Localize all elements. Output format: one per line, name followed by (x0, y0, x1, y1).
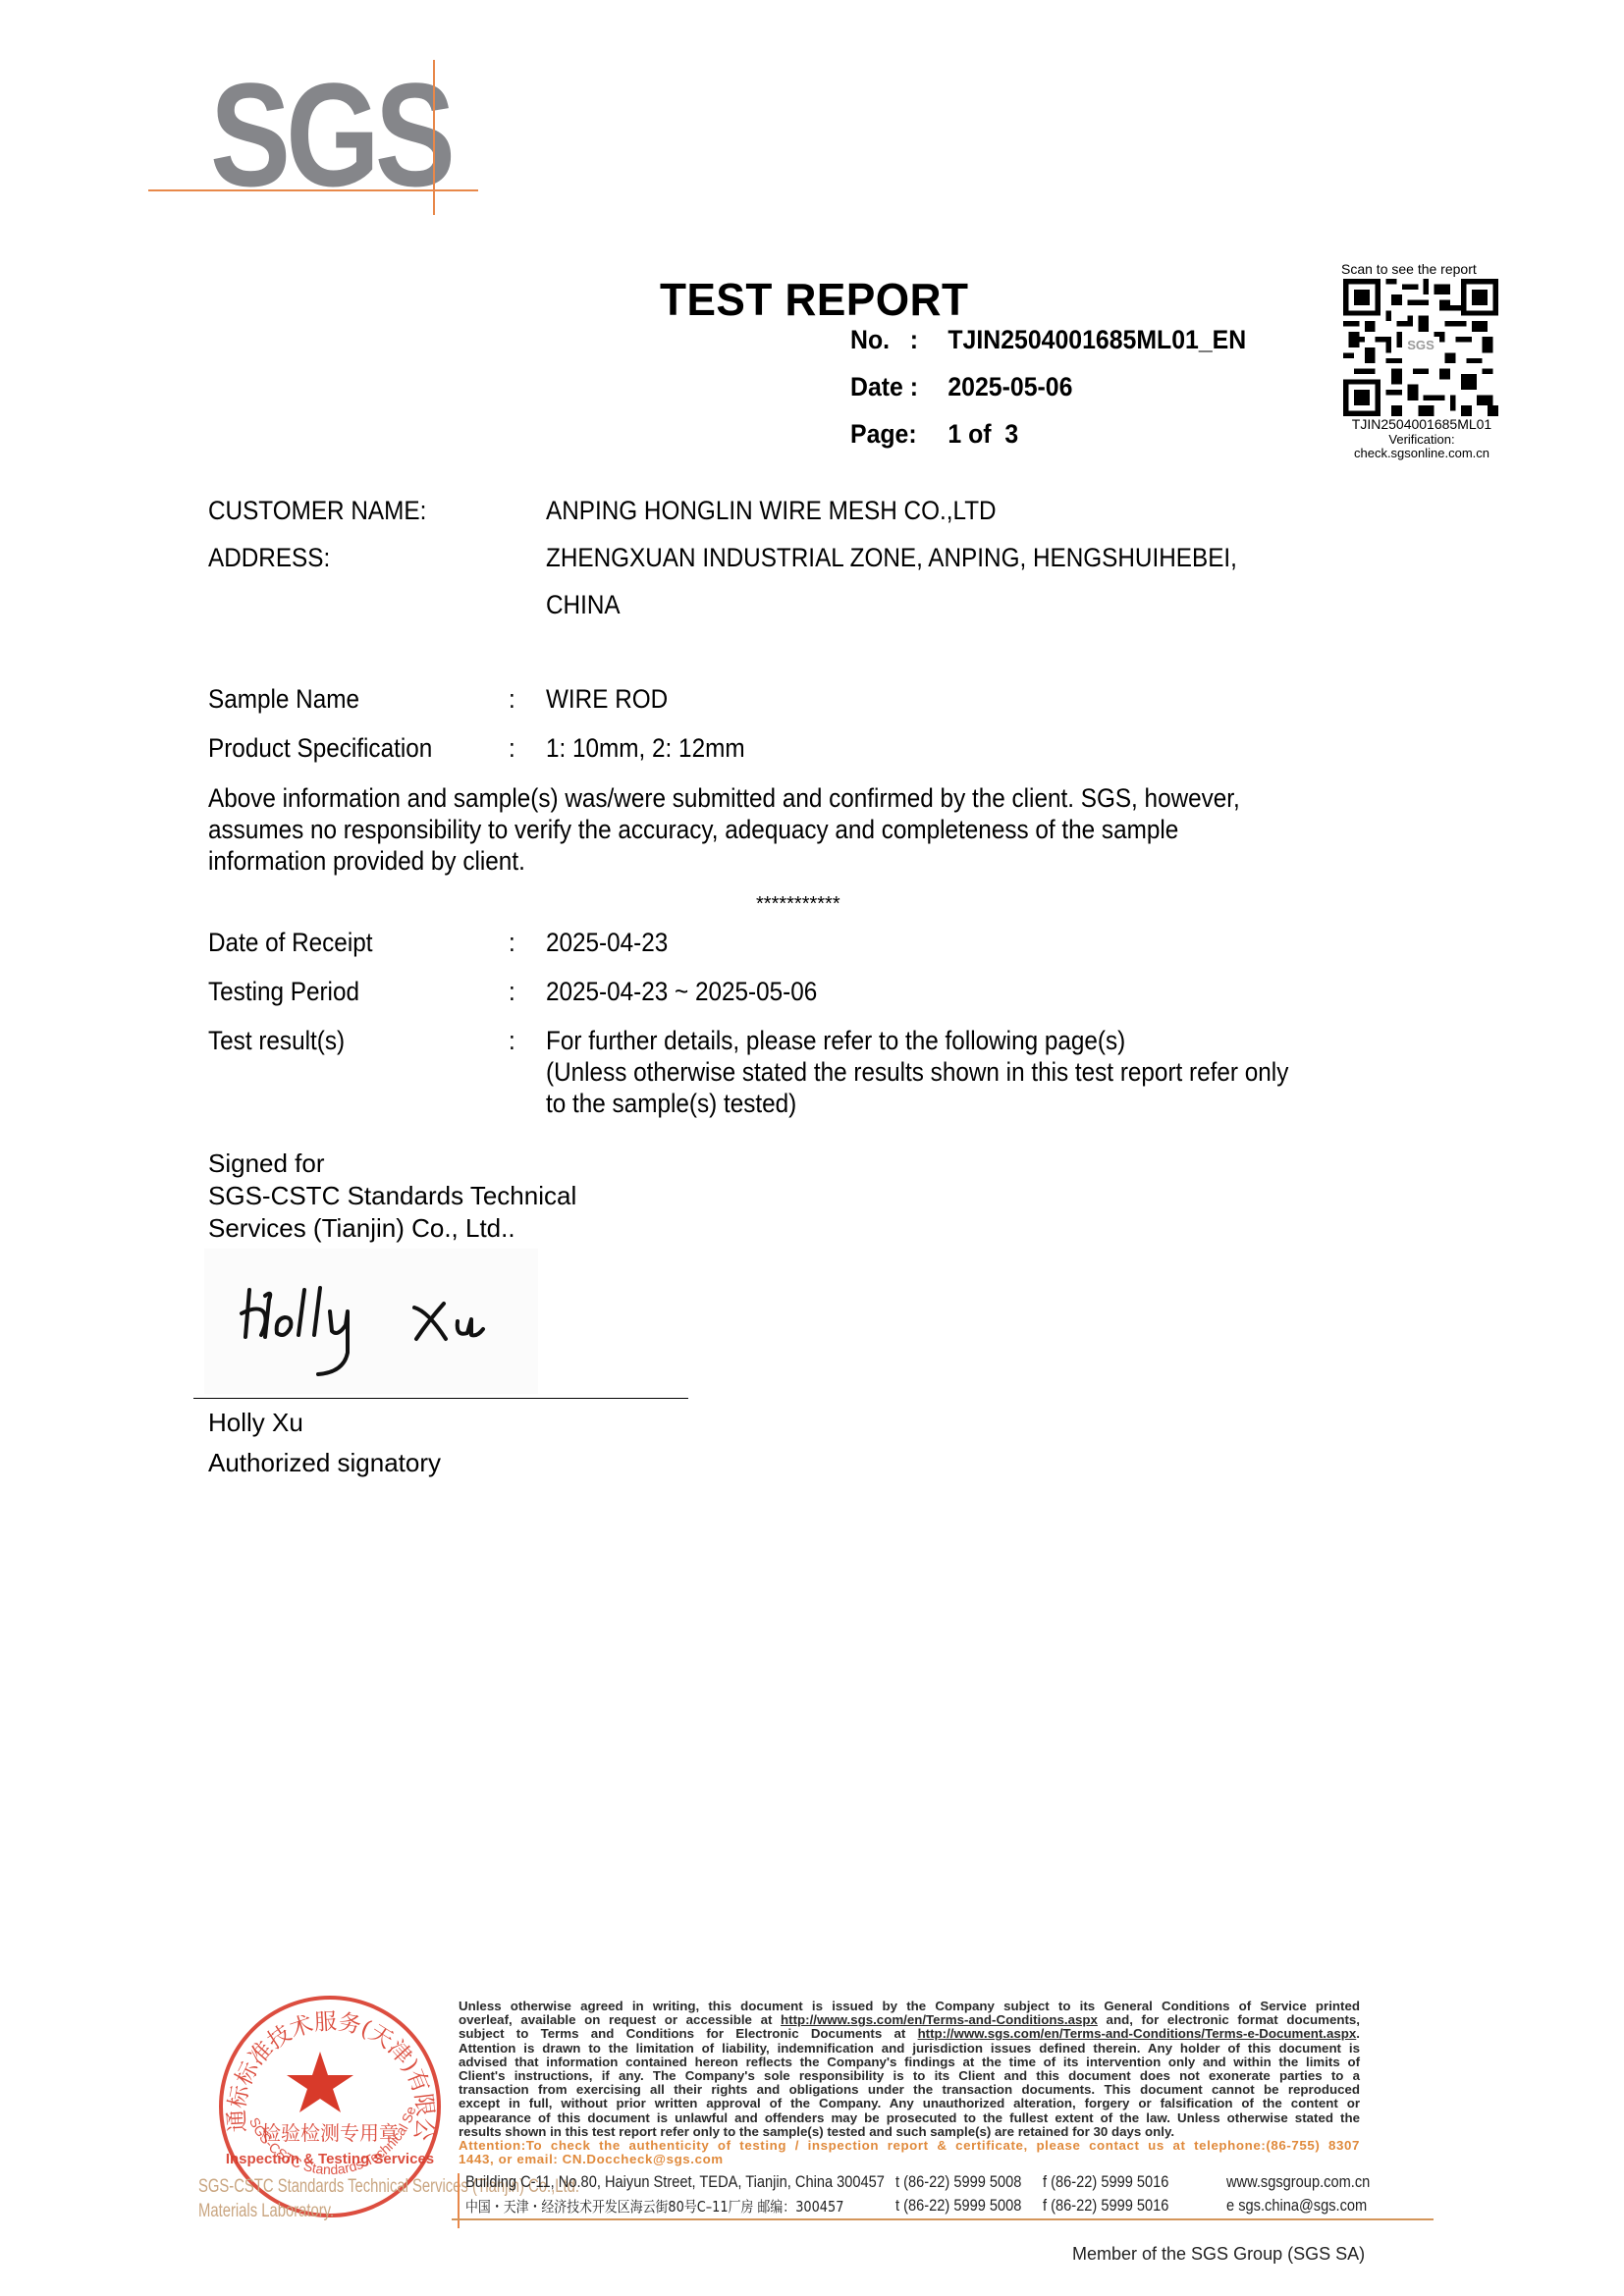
authenticity-attention-line-2: 1443, or email: CN.Doccheck@sgs.com (459, 2153, 1360, 2166)
sample-name-label: Sample Name (208, 684, 359, 715)
test-result-line-1: For further details, please refer to the… (546, 1026, 1125, 1056)
submission-notice: Above information and sample(s) was/were… (208, 782, 1240, 877)
date-of-receipt-colon: : (509, 928, 515, 958)
report-number-label: No. : (850, 325, 947, 355)
disclaimer-line: subject to Terms and Conditions for Elec… (459, 2027, 1360, 2041)
testing-period-value: 2025-04-23 ~ 2025-05-06 (546, 977, 817, 1007)
page-title: TEST REPORT (660, 273, 968, 326)
signed-for-label: Signed for (208, 1148, 325, 1179)
signing-company-line-1: SGS-CSTC Standards Technical (208, 1181, 576, 1211)
legal-disclaimer: Unless otherwise agreed in writing, this… (459, 2000, 1360, 2166)
footer-fax-1: f (86-22) 5999 5016 (1043, 2172, 1168, 2192)
page-number-row: Page:1 of 3 (850, 419, 1018, 450)
logo-horizontal-rule (148, 189, 478, 191)
report-date-label: Date : (850, 372, 947, 402)
sgs-logo: SGS (210, 61, 451, 208)
disclaimer-line: transaction from exercising all their ri… (459, 2083, 1360, 2097)
terms-link[interactable]: http://www.sgs.com/en/Terms-and-Conditio… (781, 2012, 1098, 2027)
report-number-row: No. :TJIN2504001685ML01_EN (850, 325, 1246, 355)
footer-fax-2: f (86-22) 5999 5016 (1043, 2196, 1168, 2216)
footer-telephone-1: t (86-22) 5999 5008 (895, 2172, 1021, 2192)
address-line-2: CHINA (546, 590, 621, 620)
customer-name-value: ANPING HONGLIN WIRE MESH CO.,LTD (546, 496, 997, 526)
seal-center-cn: 检验检测专用章 (261, 2121, 399, 2145)
report-date-row: Date :2025-05-06 (850, 372, 1072, 402)
disclaimer-line: appearance of this document is unlawful … (459, 2111, 1360, 2125)
qr-code-icon[interactable]: SGS (1343, 279, 1498, 416)
disclaimer-line: advised that information contained hereo… (459, 2056, 1360, 2069)
logo-vertical-rule (433, 60, 435, 215)
handwritten-signature (236, 1276, 530, 1384)
signing-company-line-2: Services (Tianjin) Co., Ltd.. (208, 1213, 515, 1244)
test-result-colon: : (509, 1026, 515, 1056)
sgs-group-membership: Member of the SGS Group (SGS SA) (1072, 2244, 1365, 2265)
disclaimer-line: Attention is drawn to the limitation of … (459, 2042, 1360, 2056)
report-date-value: 2025-05-06 (947, 372, 1072, 401)
disclaimer-line: Unless otherwise agreed in writing, this… (459, 2000, 1360, 2013)
date-of-receipt-value: 2025-04-23 (546, 928, 668, 958)
testing-period-label: Testing Period (208, 977, 359, 1007)
disclaimer-line: overleaf, available on request or access… (459, 2013, 1360, 2027)
footer-address-cn: 中国・天津・经济技术开发区海云街80号C–11厂房 邮编：300457 (465, 2196, 843, 2216)
test-result-line-3: to the sample(s) tested) (546, 1089, 796, 1119)
qr-center-label: SGS (1407, 338, 1435, 352)
footer-website[interactable]: www.sgsgroup.com.cn (1226, 2172, 1370, 2192)
authenticity-attention-line-1: Attention:To check the authenticity of t… (459, 2139, 1360, 2153)
disclaimer-lines: Unless otherwise agreed in writing, this… (459, 2000, 1360, 2139)
customer-name-label: CUSTOMER NAME: (208, 496, 426, 526)
footer-address-en: Building C-11, No.80, Haiyun Street, TED… (465, 2172, 885, 2192)
report-number-value: TJIN2504001685ML01_EN (947, 325, 1246, 354)
section-separator: *********** (756, 893, 840, 916)
terms-link[interactable]: http://www.sgs.com/en/Terms-and-Conditio… (918, 2026, 1357, 2041)
product-spec-value: 1: 10mm, 2: 12mm (546, 733, 745, 764)
test-result-label: Test result(s) (208, 1026, 345, 1056)
address-label: ADDRESS: (208, 543, 330, 573)
footer-email[interactable]: e sgs.china@sgs.com (1226, 2196, 1367, 2216)
qr-verification-label: Verification: (1343, 432, 1500, 447)
test-result-line-2: (Unless otherwise stated the results sho… (546, 1057, 1288, 1088)
notice-line-3: information provided by client. (208, 845, 1240, 877)
laboratory-name: Materials Laboratory. (198, 2201, 334, 2222)
page-number-value: 1 of 3 (947, 419, 1018, 449)
qr-verification-url[interactable]: check.sgsonline.com.cn (1337, 446, 1506, 460)
footer-horizontal-rule (452, 2218, 1434, 2220)
notice-line-2: assumes no responsibility to verify the … (208, 814, 1240, 845)
disclaimer-line: Client's instructions, if any. The Compa… (459, 2069, 1360, 2083)
page-number-label: Page: (850, 419, 947, 450)
date-of-receipt-label: Date of Receipt (208, 928, 372, 958)
signatory-role: Authorized signatory (208, 1448, 441, 1478)
qr-caption: Scan to see the report (1341, 261, 1477, 277)
address-line-1: ZHENGXUAN INDUSTRIAL ZONE, ANPING, HENGS… (546, 543, 1237, 573)
sample-name-colon: : (509, 684, 515, 715)
signatory-name: Holly Xu (208, 1408, 303, 1438)
product-spec-label: Product Specification (208, 733, 432, 764)
footer-telephone-2: t (86-22) 5999 5008 (895, 2196, 1021, 2216)
sample-name-value: WIRE ROD (546, 684, 668, 715)
disclaimer-line: except in full, without prior written ap… (459, 2097, 1360, 2110)
notice-line-1: Above information and sample(s) was/were… (208, 782, 1240, 814)
qr-report-id: TJIN2504001685ML01 (1343, 416, 1500, 432)
disclaimer-line: results shown in this test report refer … (459, 2125, 1360, 2139)
product-spec-colon: : (509, 733, 515, 764)
testing-period-colon: : (509, 977, 515, 1007)
seal-star-icon (287, 2052, 353, 2112)
signature-line (193, 1398, 688, 1399)
